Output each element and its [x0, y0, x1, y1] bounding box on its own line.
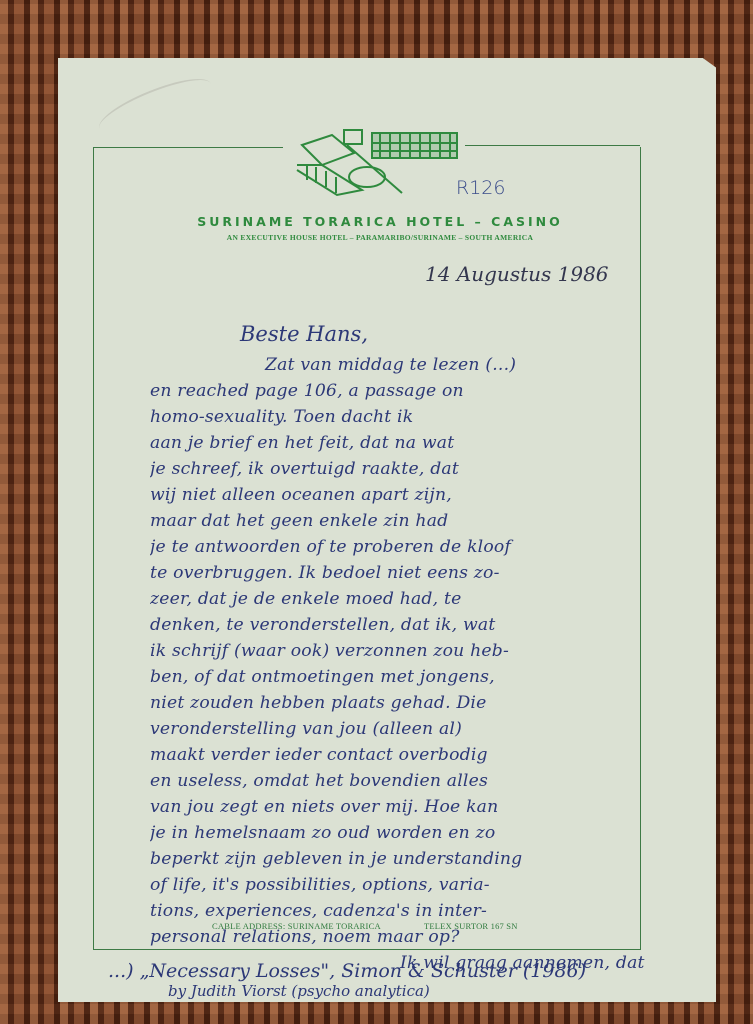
letterhead-hotel-name: SURINAME TORARICA HOTEL – CASINO: [180, 214, 580, 229]
letter-body: Zat van middag te lezen (...) en reached…: [150, 352, 655, 976]
body-line: of life, it's possibilities, options, va…: [150, 872, 655, 898]
footer-cable-address: CABLE ADDRESS: SURINAME TORARICA: [212, 921, 381, 931]
body-line: te overbruggen. Ik bedoel niet eens zo-: [150, 560, 655, 586]
hotel-building-illustration-icon: [292, 125, 462, 200]
border-line-top-right: [465, 145, 640, 146]
body-line: en reached page 106, a passage on: [150, 378, 655, 404]
salutation: Beste Hans,: [240, 322, 368, 346]
body-line: zeer, dat je de enkele moed had, te: [150, 586, 655, 612]
body-line: Zat van middag te lezen (...): [150, 352, 655, 378]
body-line: ben, of dat ontmoetingen met jongens,: [150, 664, 655, 690]
body-line: niet zouden hebben plaats gehad. Die: [150, 690, 655, 716]
footnote-line-1: ...) „Necessary Losses", Simon & Schuste…: [108, 960, 586, 982]
body-line: wij niet alleen oceanen apart zijn,: [150, 482, 655, 508]
body-line: beperkt zijn gebleven in je understandin…: [150, 846, 655, 872]
body-line: veronderstelling van jou (alleen al): [150, 716, 655, 742]
reference-number: R126: [456, 177, 505, 199]
body-line: denken, te veronderstellen, dat ik, wat: [150, 612, 655, 638]
body-line: homo-sexuality. Toen dacht ik: [150, 404, 655, 430]
body-line: je te antwoorden of te proberen de kloof: [150, 534, 655, 560]
footer-telex: TELEX SURTOR 167 SN: [424, 921, 518, 931]
body-line: maar dat het geen enkele zin had: [150, 508, 655, 534]
body-line: je schreef, ik overtuigd raakte, dat: [150, 456, 655, 482]
body-line: je in hemelsnaam zo oud worden en zo: [150, 820, 655, 846]
body-line: maakt verder ieder contact overbodig: [150, 742, 655, 768]
letterhead-subtitle: AN EXECUTIVE HOUSE HOTEL – PARAMARIBO/SU…: [165, 233, 595, 242]
body-line: aan je brief en het feit, dat na wat: [150, 430, 655, 456]
letter-date: 14 Augustus 1986: [425, 262, 609, 286]
body-line: van jou zegt en niets over mij. Hoe kan: [150, 794, 655, 820]
body-line: ik schrijf (waar ook) verzonnen zou heb-: [150, 638, 655, 664]
body-line: en useless, omdat het bovendien alles: [150, 768, 655, 794]
footnote-line-2: by Judith Viorst (psycho analytica): [168, 982, 430, 1000]
